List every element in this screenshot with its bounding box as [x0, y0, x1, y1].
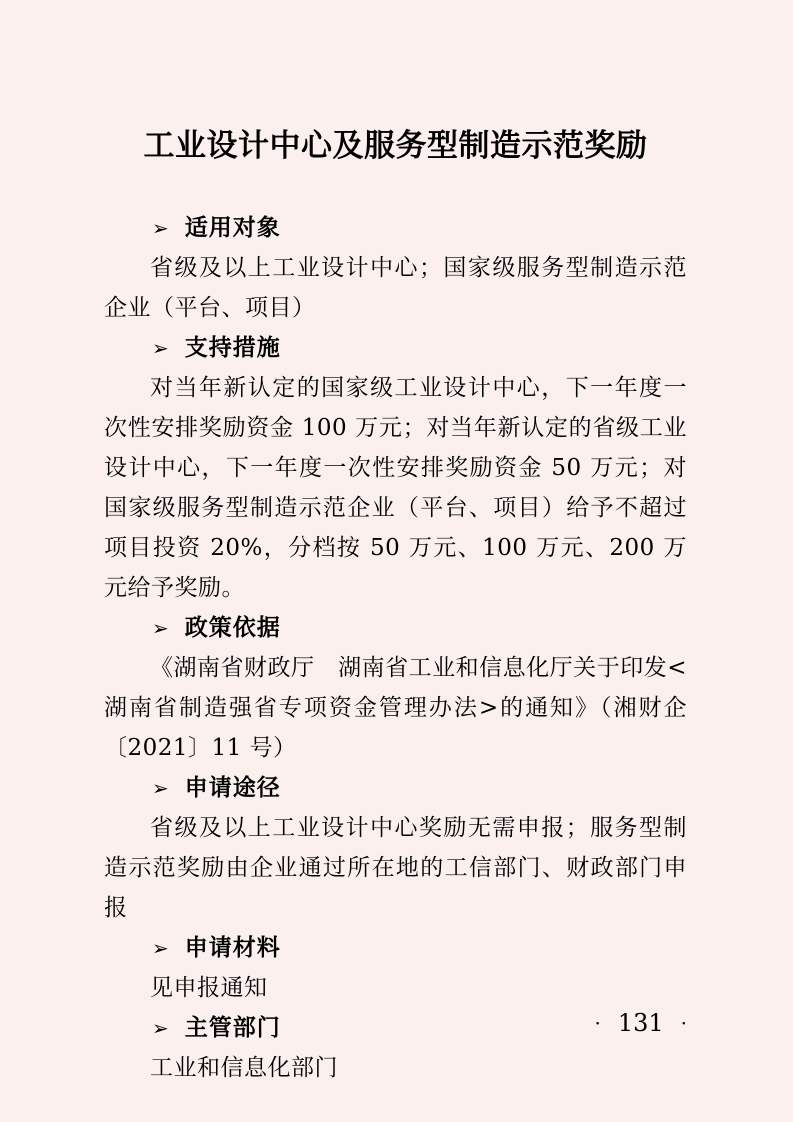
arrow-bullet-icon: ➢ — [152, 768, 170, 808]
section-heading-label: 申请途径 — [185, 768, 281, 808]
section-heading-label: 申请材料 — [185, 928, 281, 968]
section-heading-label: 政策依据 — [185, 608, 281, 648]
section-heading-label: 支持措施 — [185, 328, 281, 368]
document-title: 工业设计中心及服务型制造示范奖励 — [104, 128, 687, 164]
page-number-left-dot: · — [594, 1008, 600, 1038]
section-heading: ➢ 适用对象 — [104, 208, 687, 248]
arrow-bullet-icon: ➢ — [152, 1008, 170, 1048]
section-body: 工业和信息化部门 — [104, 1048, 687, 1088]
arrow-bullet-icon: ➢ — [152, 608, 170, 648]
arrow-bullet-icon: ➢ — [152, 328, 170, 368]
page-number-value: 131 — [618, 1008, 664, 1038]
section-heading: ➢ 政策依据 — [104, 608, 687, 648]
section-heading: ➢ 支持措施 — [104, 328, 687, 368]
section-heading-label: 主管部门 — [185, 1008, 281, 1048]
page-number-right-dot: · — [681, 1008, 687, 1038]
section-body: 省级及以上工业设计中心；国家级服务型制造示范企业（平台、项目） — [104, 248, 687, 328]
section-policy-basis: ➢ 政策依据 《湖南省财政厅 湖南省工业和信息化厅关于印发<湖南省制造强省专项资… — [104, 608, 687, 768]
document-page: 工业设计中心及服务型制造示范奖励 ➢ 适用对象 省级及以上工业设计中心；国家级服… — [0, 0, 793, 1122]
section-applicable-targets: ➢ 适用对象 省级及以上工业设计中心；国家级服务型制造示范企业（平台、项目） — [104, 208, 687, 328]
section-heading-label: 适用对象 — [185, 208, 281, 248]
section-body: 省级及以上工业设计中心奖励无需申报；服务型制造示范奖励由企业通过所在地的工信部门… — [104, 808, 687, 928]
page-number: · 131 · — [594, 1008, 687, 1038]
section-heading: ➢ 申请途径 — [104, 768, 687, 808]
section-body: 见申报通知 — [104, 968, 687, 1008]
section-application-materials: ➢ 申请材料 见申报通知 — [104, 928, 687, 1008]
section-heading: ➢ 申请材料 — [104, 928, 687, 968]
section-body: 《湖南省财政厅 湖南省工业和信息化厅关于印发<湖南省制造强省专项资金管理办法>的… — [104, 648, 687, 768]
arrow-bullet-icon: ➢ — [152, 928, 170, 968]
section-support-measures: ➢ 支持措施 对当年新认定的国家级工业设计中心，下一年度一次性安排奖励资金 10… — [104, 328, 687, 608]
section-body: 对当年新认定的国家级工业设计中心，下一年度一次性安排奖励资金 100 万元；对当… — [104, 368, 687, 608]
section-application-channel: ➢ 申请途径 省级及以上工业设计中心奖励无需申报；服务型制造示范奖励由企业通过所… — [104, 768, 687, 928]
arrow-bullet-icon: ➢ — [152, 208, 170, 248]
